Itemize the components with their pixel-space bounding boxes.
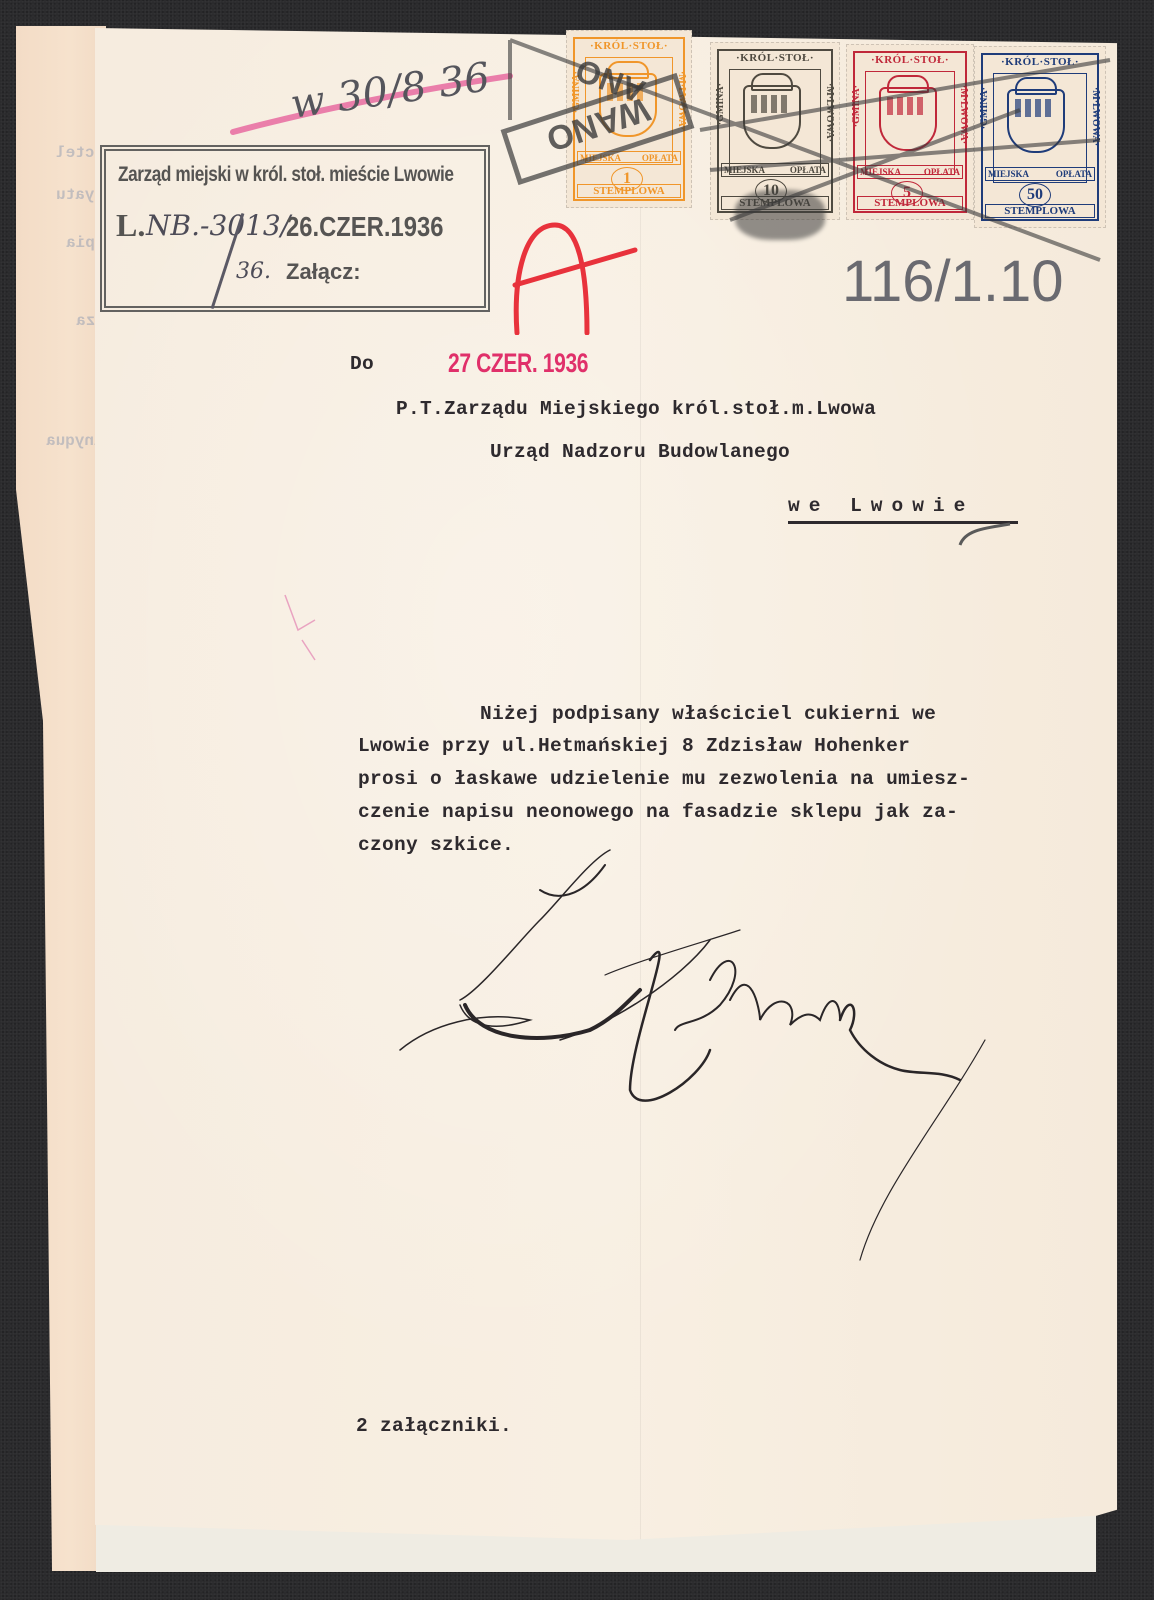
- salutation: Do: [350, 353, 374, 375]
- office-registration-stamp: Zarząd miejski w król. stoł. mieście Lwo…: [100, 145, 490, 312]
- faint-pink-mark: [280, 590, 340, 670]
- recipient-line-1: P.T.Zarządu Miejskiego król.stoł.m.Lwowa: [396, 398, 876, 420]
- body-line-4: czenie napisu neonowego na fasadzie skle…: [358, 801, 958, 823]
- recipient-line-3: we Lwowie: [788, 495, 974, 517]
- stamp-year-suffix: 36.: [236, 259, 271, 284]
- recipient-line-2: Urząd Nadzoru Budowlanego: [490, 441, 790, 463]
- stamp-date: 26.CZER.1936: [286, 211, 443, 243]
- stamp-header: Zarząd miejski w król. stoł. mieście Lwo…: [118, 163, 454, 187]
- stamp-attachments-label: Załącz:: [286, 259, 361, 285]
- body-line-3: prosi o łaskawe udzielenie mu zezwolenia…: [358, 768, 970, 790]
- stamp-number-prefix: L.: [116, 207, 145, 244]
- pencil-mark: [955, 520, 1015, 550]
- faint-mirrored-text: anyqua: [46, 432, 104, 450]
- stamp-handwritten-number: NB.-3013/: [146, 209, 290, 242]
- received-date-stamp: 27 CZER. 1936: [448, 348, 588, 379]
- enclosures-note: 2 załączniki.: [356, 1415, 512, 1437]
- ink-smudge: [735, 190, 825, 240]
- back-sheet-left: n ictel anyatu s pia aiza anyqua: [16, 26, 106, 1571]
- red-letter-a: [495, 215, 645, 335]
- handwritten-fee-note: 116/1.10: [842, 248, 1063, 315]
- body-line-1: Niżej podpisany właściciel cukierni we: [480, 703, 936, 725]
- signature: [380, 840, 1040, 1300]
- body-line-2: Lwowie przy ul.Hetmańskiej 8 Zdzisław Ho…: [358, 735, 910, 757]
